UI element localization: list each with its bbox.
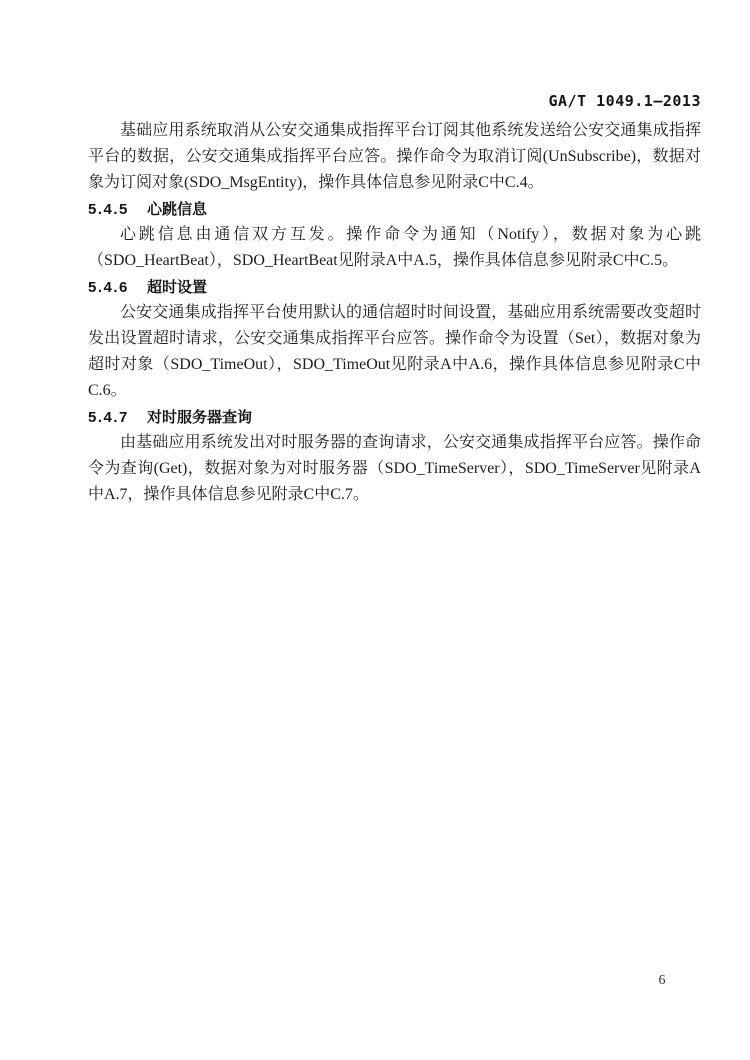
- section-title: 心跳信息: [147, 201, 207, 218]
- section-number: 5.4.7: [88, 409, 129, 426]
- paragraph-unsubscribe: 基础应用系统取消从公安交通集成指挥平台订阅其他系统发送给公安交通集成指挥平台的数…: [88, 118, 701, 196]
- section-heading-5-4-6: 5.4.6 超时设置: [88, 278, 701, 298]
- page-content: 基础应用系统取消从公安交通集成指挥平台订阅其他系统发送给公安交通集成指挥平台的数…: [88, 118, 701, 508]
- section-title: 对时服务器查询: [147, 409, 252, 426]
- section-number: 5.4.6: [88, 279, 129, 296]
- paragraph-heartbeat: 心跳信息由通信双方互发。操作命令为通知（Notify），数据对象为心跳（SDO_…: [88, 222, 701, 274]
- running-header: GA/T 1049.1—2013: [88, 92, 701, 110]
- document-page: GA/T 1049.1—2013 基础应用系统取消从公安交通集成指挥平台订阅其他…: [0, 0, 750, 1060]
- standard-number: GA/T 1049.1—2013: [549, 92, 702, 110]
- section-heading-5-4-7: 5.4.7 对时服务器查询: [88, 408, 701, 428]
- section-title: 超时设置: [147, 279, 207, 296]
- paragraph-timeserver: 由基础应用系统发出对时服务器的查询请求，公安交通集成指挥平台应答。操作命令为查询…: [88, 430, 701, 508]
- page-number: 6: [650, 973, 674, 989]
- paragraph-timeout: 公安交通集成指挥平台使用默认的通信超时时间设置，基础应用系统需要改变超时发出设置…: [88, 300, 701, 404]
- section-heading-5-4-5: 5.4.5 心跳信息: [88, 200, 701, 220]
- section-number: 5.4.5: [88, 201, 129, 218]
